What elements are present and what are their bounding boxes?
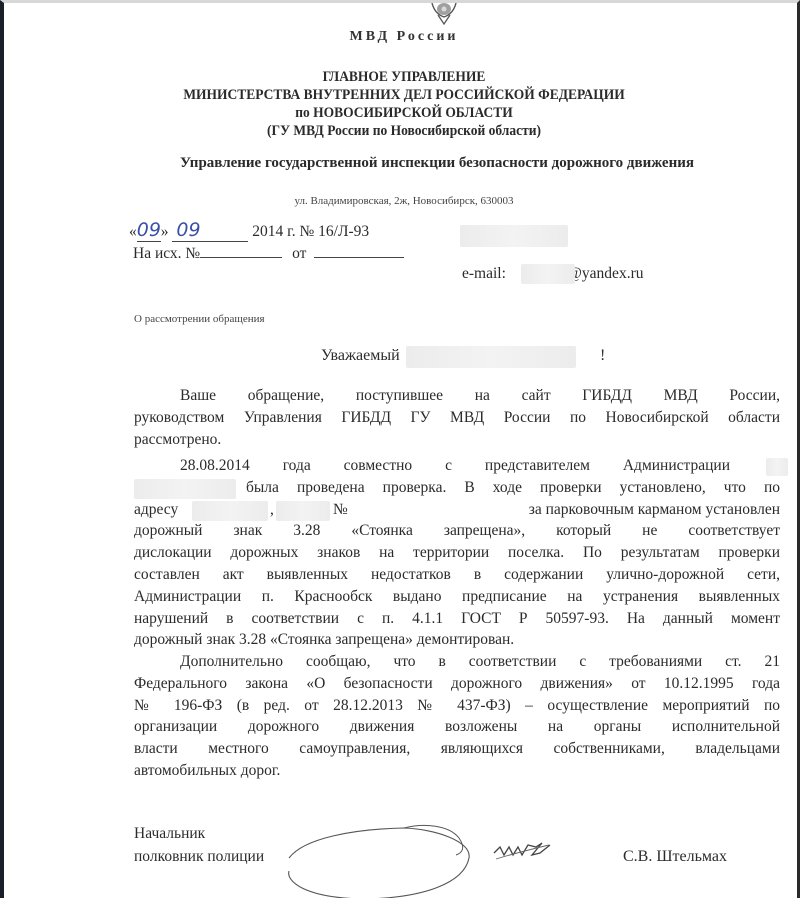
document-page: МВД России ГЛАВНОЕ УПРАВЛЕНИЕ МИНИСТЕРСТ… — [0, 0, 800, 898]
handwritten-signature-icon — [4, 3, 800, 898]
